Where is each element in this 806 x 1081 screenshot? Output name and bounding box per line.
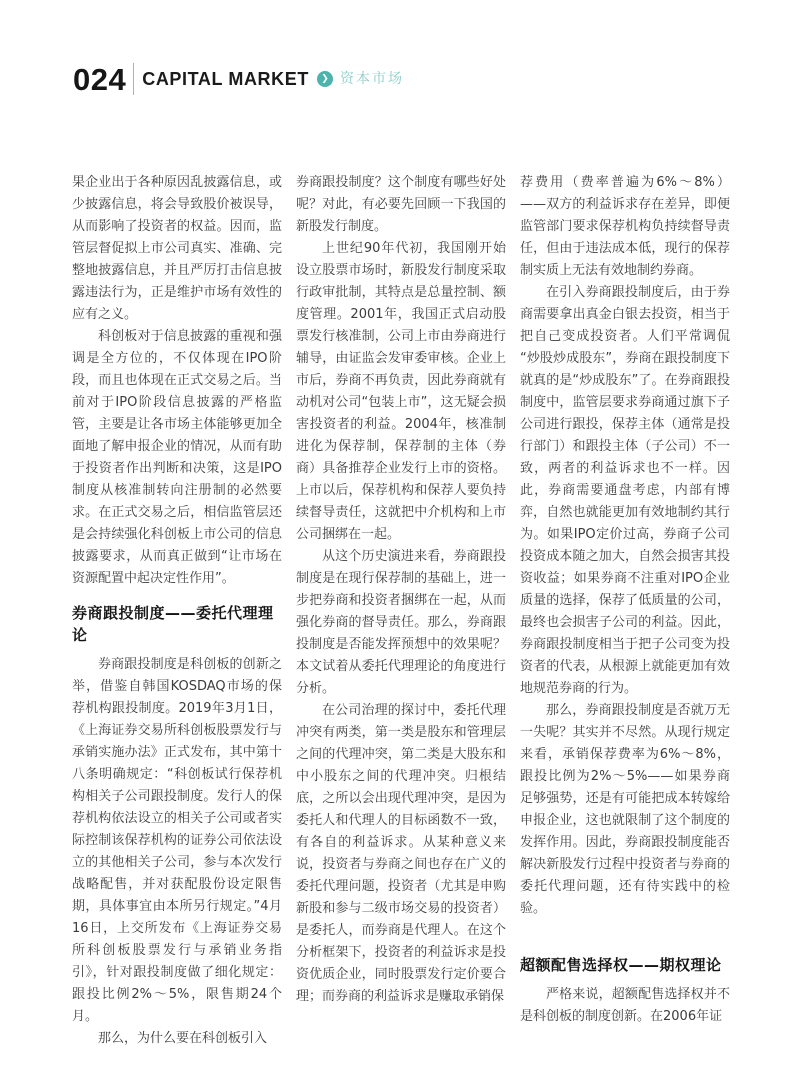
paragraph: 那么，券商跟投制度是否就万无一失呢？其实并不尽然。从现行规定来看，承销保荐费率为… <box>520 700 730 920</box>
header-divider <box>133 63 134 95</box>
paragraph: 那么，为什么要在科创板引入 <box>72 1028 282 1050</box>
paragraph: 上世纪90年代初，我国刚开始设立股票市场时，新股发行制度采取行政审批制，其特点是… <box>296 238 506 546</box>
paragraph: 在引入券商跟投制度后，由于券商需要拿出真金白银去投资，相当于把自己变成投资者。人… <box>520 282 730 700</box>
paragraph: 在公司治理的探讨中，委托代理冲突有两类，第一类是股东和管理层之间的代理冲突，第二… <box>296 700 506 1008</box>
paragraph: 从这个历史演进来看，券商跟投制度是在现行保荐制的基础上，进一步把券商和投资者捆绑… <box>296 546 506 700</box>
magazine-page: 024 CAPITAL MARKET ❯ 资本市场 果企业出于各种原因乱披露信息… <box>0 0 806 1081</box>
page-number: 024 <box>73 64 126 95</box>
paragraph: 券商跟投制度？这个制度有哪些好处呢？对此，有必要先回顾一下我国的新股发行制度。 <box>296 172 506 238</box>
section-title-en: CAPITAL MARKET <box>142 70 309 88</box>
column-3: 荐费用（费率普遍为6%～8%）——双方的利益诉求存在差异，即便监管部门要求保荐机… <box>520 172 730 1050</box>
paragraph: 科创板对于信息披露的重视和强调是全方位的，不仅体现在IPO阶段，而且也体现在正式… <box>72 326 282 590</box>
section-heading-greenshoe-option: 超额配售选择权——期权理论 <box>520 954 730 976</box>
section-heading-broker-coinvestment: 券商跟投制度——委托代理理论 <box>72 602 282 646</box>
paragraph: 严格来说，超额配售选择权并不是科创板的制度创新。在2006年证 <box>520 984 730 1028</box>
column-1: 果企业出于各种原因乱披露信息，或少披露信息，将会导致股价被误导，从而影响了投资者… <box>72 172 282 1050</box>
section-title-zh: 资本市场 <box>340 72 404 86</box>
chevron-circle-icon: ❯ <box>317 71 333 87</box>
page-header: 024 CAPITAL MARKET ❯ 资本市场 <box>73 56 404 102</box>
article-body: 果企业出于各种原因乱披露信息，或少披露信息，将会导致股价被误导，从而影响了投资者… <box>72 172 730 1050</box>
paragraph: 荐费用（费率普遍为6%～8%）——双方的利益诉求存在差异，即便监管部门要求保荐机… <box>520 172 730 282</box>
column-2: 券商跟投制度？这个制度有哪些好处呢？对此，有必要先回顾一下我国的新股发行制度。 … <box>296 172 506 1050</box>
paragraph: 券商跟投制度是科创板的创新之举，借鉴自韩国KOSDAQ市场的保荐机构跟投制度。2… <box>72 654 282 1028</box>
paragraph: 果企业出于各种原因乱披露信息，或少披露信息，将会导致股价被误导，从而影响了投资者… <box>72 172 282 326</box>
